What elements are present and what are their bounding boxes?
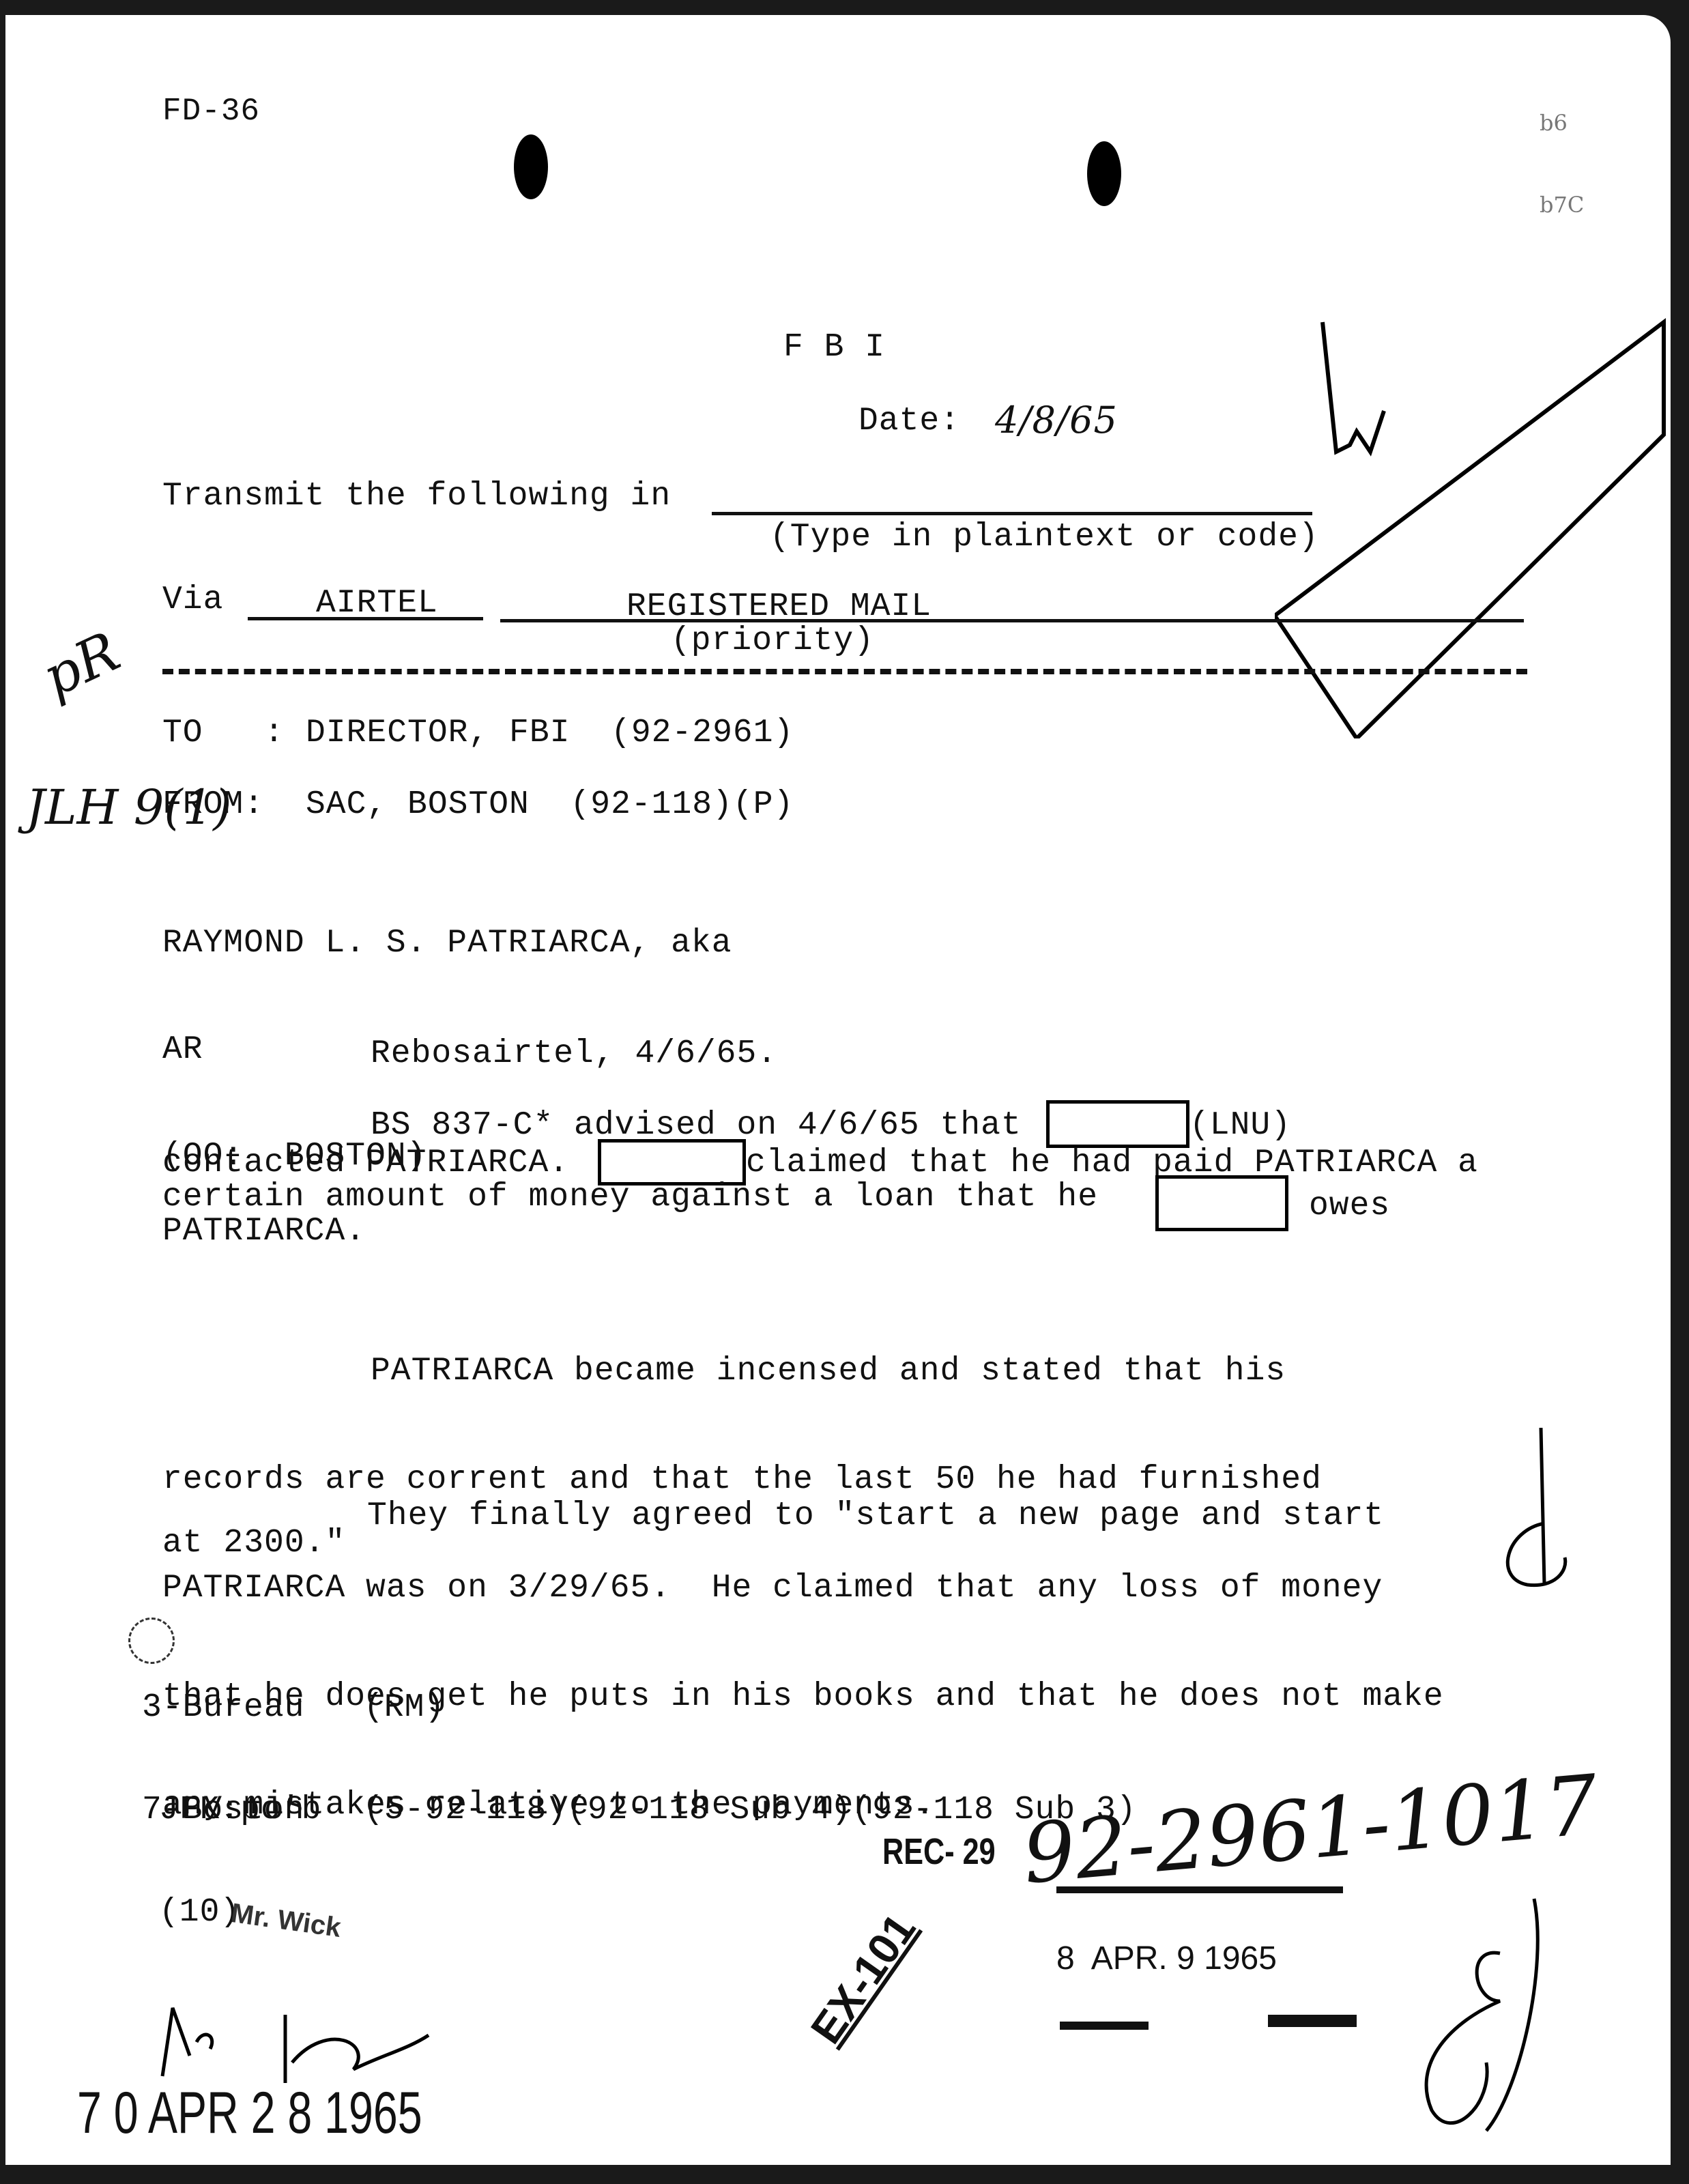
bottom-initials — [149, 1994, 449, 2103]
distribution-values: (RM) (5-92-118)(92-118 Sub 4)(92-118 Sub… — [364, 1622, 1137, 1895]
transmit-label: Transmit the following in — [162, 478, 671, 515]
transmit-line — [712, 512, 1312, 515]
via-method-line — [248, 617, 483, 620]
p1-line3-b: owes — [1309, 1188, 1390, 1224]
exemption-b6: b6 — [1540, 109, 1584, 136]
p1-line1-a: BS 837-C* advised on 4/6/65 that — [371, 1107, 1022, 1144]
p2-line: PATRIARCA became incensed and stated tha… — [162, 1353, 1444, 1390]
agency-title: F B I — [783, 329, 885, 366]
transmit-hint: (Type in plaintext or code) — [770, 519, 1319, 556]
separator-dashed-line — [162, 669, 1527, 674]
punch-hole-left — [514, 134, 548, 199]
indexed-date-stamp: 8 APR. 9 1965 — [1056, 1940, 1277, 1977]
from-label: FROM: — [162, 786, 264, 823]
ex-stamp: EX-101 — [800, 1904, 925, 2052]
date-value: 4/8/65 — [995, 399, 1118, 442]
to-label: TO : — [162, 715, 285, 751]
margin-initials-1: pR — [33, 620, 129, 709]
typist-block: JFK:po'b (10) — [159, 1725, 321, 1998]
distribution-bureau: 3-Bureau — [128, 1691, 304, 1725]
reference-line: Rebosairtel, 4/6/65. — [371, 1035, 777, 1072]
typist-initials: JFK:po'b — [159, 1793, 321, 1827]
form-number: FD-36 — [162, 94, 260, 129]
exemption-b7c: b7C — [1540, 191, 1584, 218]
redaction-box-1 — [1046, 1100, 1189, 1148]
date-label: Date: — [858, 403, 960, 440]
via-method: AIRTEL — [316, 585, 438, 622]
via-hint: (priority) — [671, 622, 874, 659]
p1-line3-a: certain amount of money against a loan t… — [162, 1179, 1098, 1216]
p2-line: records are corrent and that the last 50… — [162, 1462, 1444, 1498]
p1-line4: PATRIARCA. — [162, 1213, 366, 1250]
via-mail-line — [500, 619, 1524, 622]
p3-line1: They finally agreed to "start a new page… — [367, 1497, 1384, 1534]
handwritten-signature — [1384, 1885, 1575, 2144]
p1-line1-b: (LNU) — [1189, 1107, 1291, 1144]
subject-name: RAYMOND L. S. PATRIARCA, aka — [162, 925, 732, 961]
via-label: Via — [162, 581, 223, 618]
file-number-underline — [1056, 1886, 1343, 1893]
document-page: FD-36 b6 b7C F B I Date: 4/8/65 Transmit… — [5, 15, 1671, 2165]
handwritten-check-mark — [1479, 1421, 1575, 1598]
circle-mark — [128, 1618, 175, 1664]
handwritten-mark — [1309, 315, 1432, 479]
punch-hole-right — [1087, 141, 1121, 206]
p2-line: PATRIARCA was on 3/29/65. He claimed tha… — [162, 1570, 1444, 1607]
p1-line2-a: contacted PATRIARCA. — [162, 1145, 569, 1181]
p1-line2-b: claimed that he had paid PATRIARCA a — [746, 1145, 1478, 1181]
p3-line2: at 2300." — [162, 1525, 345, 1562]
to-value: DIRECTOR, FBI (92-2961) — [306, 715, 794, 751]
stamp-bar-1 — [1060, 2022, 1149, 2030]
distribution-bureau-value: (RM) — [364, 1691, 1137, 1725]
exemption-codes: b6 b7C — [1540, 55, 1584, 273]
from-value: SAC, BOSTON (92-118)(P) — [306, 786, 794, 823]
rec-stamp: REC- 29 — [882, 1830, 996, 1873]
stamp-bar-2 — [1268, 2015, 1357, 2027]
redaction-box-3 — [1155, 1175, 1288, 1231]
